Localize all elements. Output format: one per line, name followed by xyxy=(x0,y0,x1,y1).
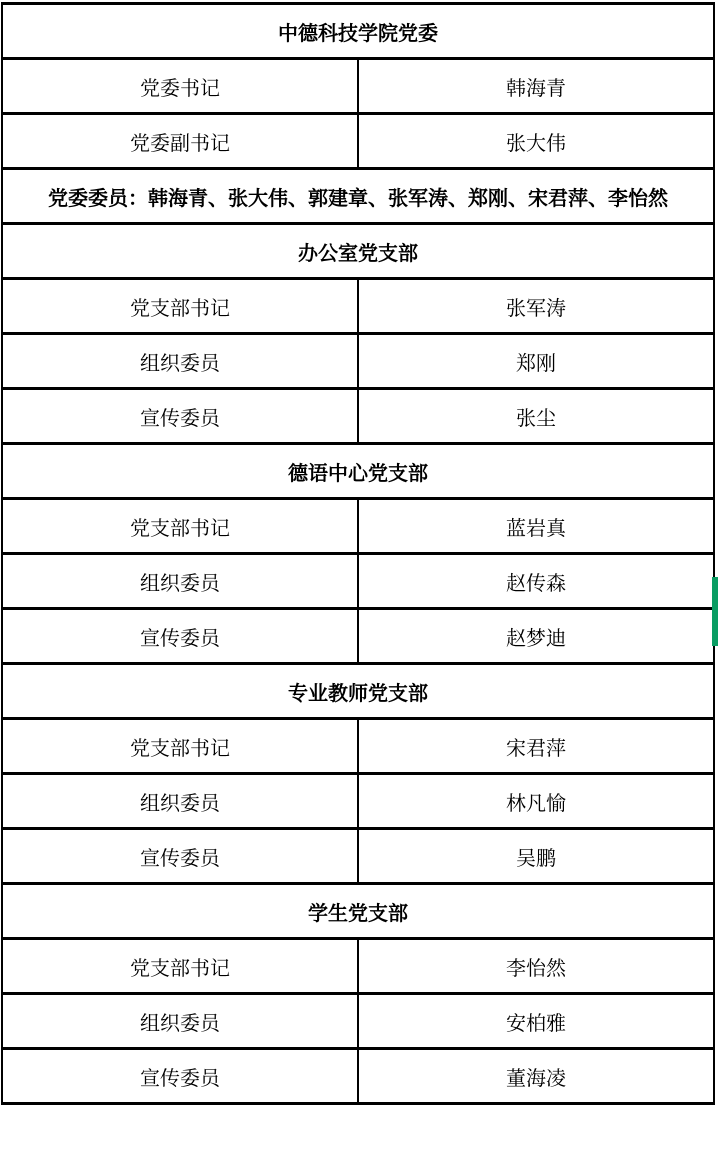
table-row: 组织委员 郑刚 xyxy=(2,334,714,389)
person-name-cell: 张大伟 xyxy=(358,114,714,169)
table-row: 组织委员 赵传森 xyxy=(2,554,714,609)
role-label-cell: 组织委员 xyxy=(2,774,358,829)
branch-header-cell: 学生党支部 xyxy=(2,884,714,939)
table-title: 中德科技学院党委 xyxy=(2,4,714,59)
table-row-branch-header: 专业教师党支部 xyxy=(2,664,714,719)
table-row: 宣传委员 吴鹏 xyxy=(2,829,714,884)
person-name-cell: 赵梦迪 xyxy=(358,609,714,664)
role-label-cell: 党委副书记 xyxy=(2,114,358,169)
person-name-cell: 宋君萍 xyxy=(358,719,714,774)
table-row-branch-header: 学生党支部 xyxy=(2,884,714,939)
scrollbar-thumb[interactable] xyxy=(712,577,718,646)
person-name-cell: 韩海青 xyxy=(358,59,714,114)
role-label-cell: 党支部书记 xyxy=(2,499,358,554)
role-label-cell: 党支部书记 xyxy=(2,939,358,994)
role-label-cell: 宣传委员 xyxy=(2,829,358,884)
branch-header-cell: 德语中心党支部 xyxy=(2,444,714,499)
branch-header-cell: 专业教师党支部 xyxy=(2,664,714,719)
table-row: 党委书记 韩海青 xyxy=(2,59,714,114)
person-name-cell: 张军涛 xyxy=(358,279,714,334)
person-name-cell: 董海凌 xyxy=(358,1049,714,1104)
table-row-members: 党委委员：韩海青、张大伟、郭建章、张军涛、郑刚、宋君萍、李怡然 xyxy=(2,169,714,224)
table-row: 党支部书记 张军涛 xyxy=(2,279,714,334)
role-label-cell: 党支部书记 xyxy=(2,719,358,774)
role-label-cell: 党支部书记 xyxy=(2,279,358,334)
table-row: 组织委员 安柏雅 xyxy=(2,994,714,1049)
committee-members-cell: 党委委员：韩海青、张大伟、郭建章、张军涛、郑刚、宋君萍、李怡然 xyxy=(2,169,714,224)
table-row: 党支部书记 宋君萍 xyxy=(2,719,714,774)
table-row: 宣传委员 董海凌 xyxy=(2,1049,714,1104)
person-name-cell: 蓝岩真 xyxy=(358,499,714,554)
person-name-cell: 赵传森 xyxy=(358,554,714,609)
role-label-cell: 宣传委员 xyxy=(2,389,358,444)
person-name-cell: 吴鹏 xyxy=(358,829,714,884)
table-row-branch-header: 办公室党支部 xyxy=(2,224,714,279)
person-name-cell: 张尘 xyxy=(358,389,714,444)
person-name-cell: 李怡然 xyxy=(358,939,714,994)
person-name-cell: 林凡愉 xyxy=(358,774,714,829)
org-table: 中德科技学院党委 党委书记 韩海青 党委副书记 张大伟 党委委员：韩海青、张大伟… xyxy=(1,2,715,1105)
role-label-cell: 党委书记 xyxy=(2,59,358,114)
table-row: 党支部书记 蓝岩真 xyxy=(2,499,714,554)
role-label-cell: 组织委员 xyxy=(2,554,358,609)
table-row: 党支部书记 李怡然 xyxy=(2,939,714,994)
table-row: 宣传委员 赵梦迪 xyxy=(2,609,714,664)
role-label-cell: 组织委员 xyxy=(2,994,358,1049)
role-label-cell: 宣传委员 xyxy=(2,609,358,664)
table-row-branch-header: 德语中心党支部 xyxy=(2,444,714,499)
table-row: 宣传委员 张尘 xyxy=(2,389,714,444)
person-name-cell: 郑刚 xyxy=(358,334,714,389)
role-label-cell: 组织委员 xyxy=(2,334,358,389)
table-row: 党委副书记 张大伟 xyxy=(2,114,714,169)
person-name-cell: 安柏雅 xyxy=(358,994,714,1049)
branch-header-cell: 办公室党支部 xyxy=(2,224,714,279)
table-row: 组织委员 林凡愉 xyxy=(2,774,714,829)
role-label-cell: 宣传委员 xyxy=(2,1049,358,1104)
table-row-title: 中德科技学院党委 xyxy=(2,4,714,59)
